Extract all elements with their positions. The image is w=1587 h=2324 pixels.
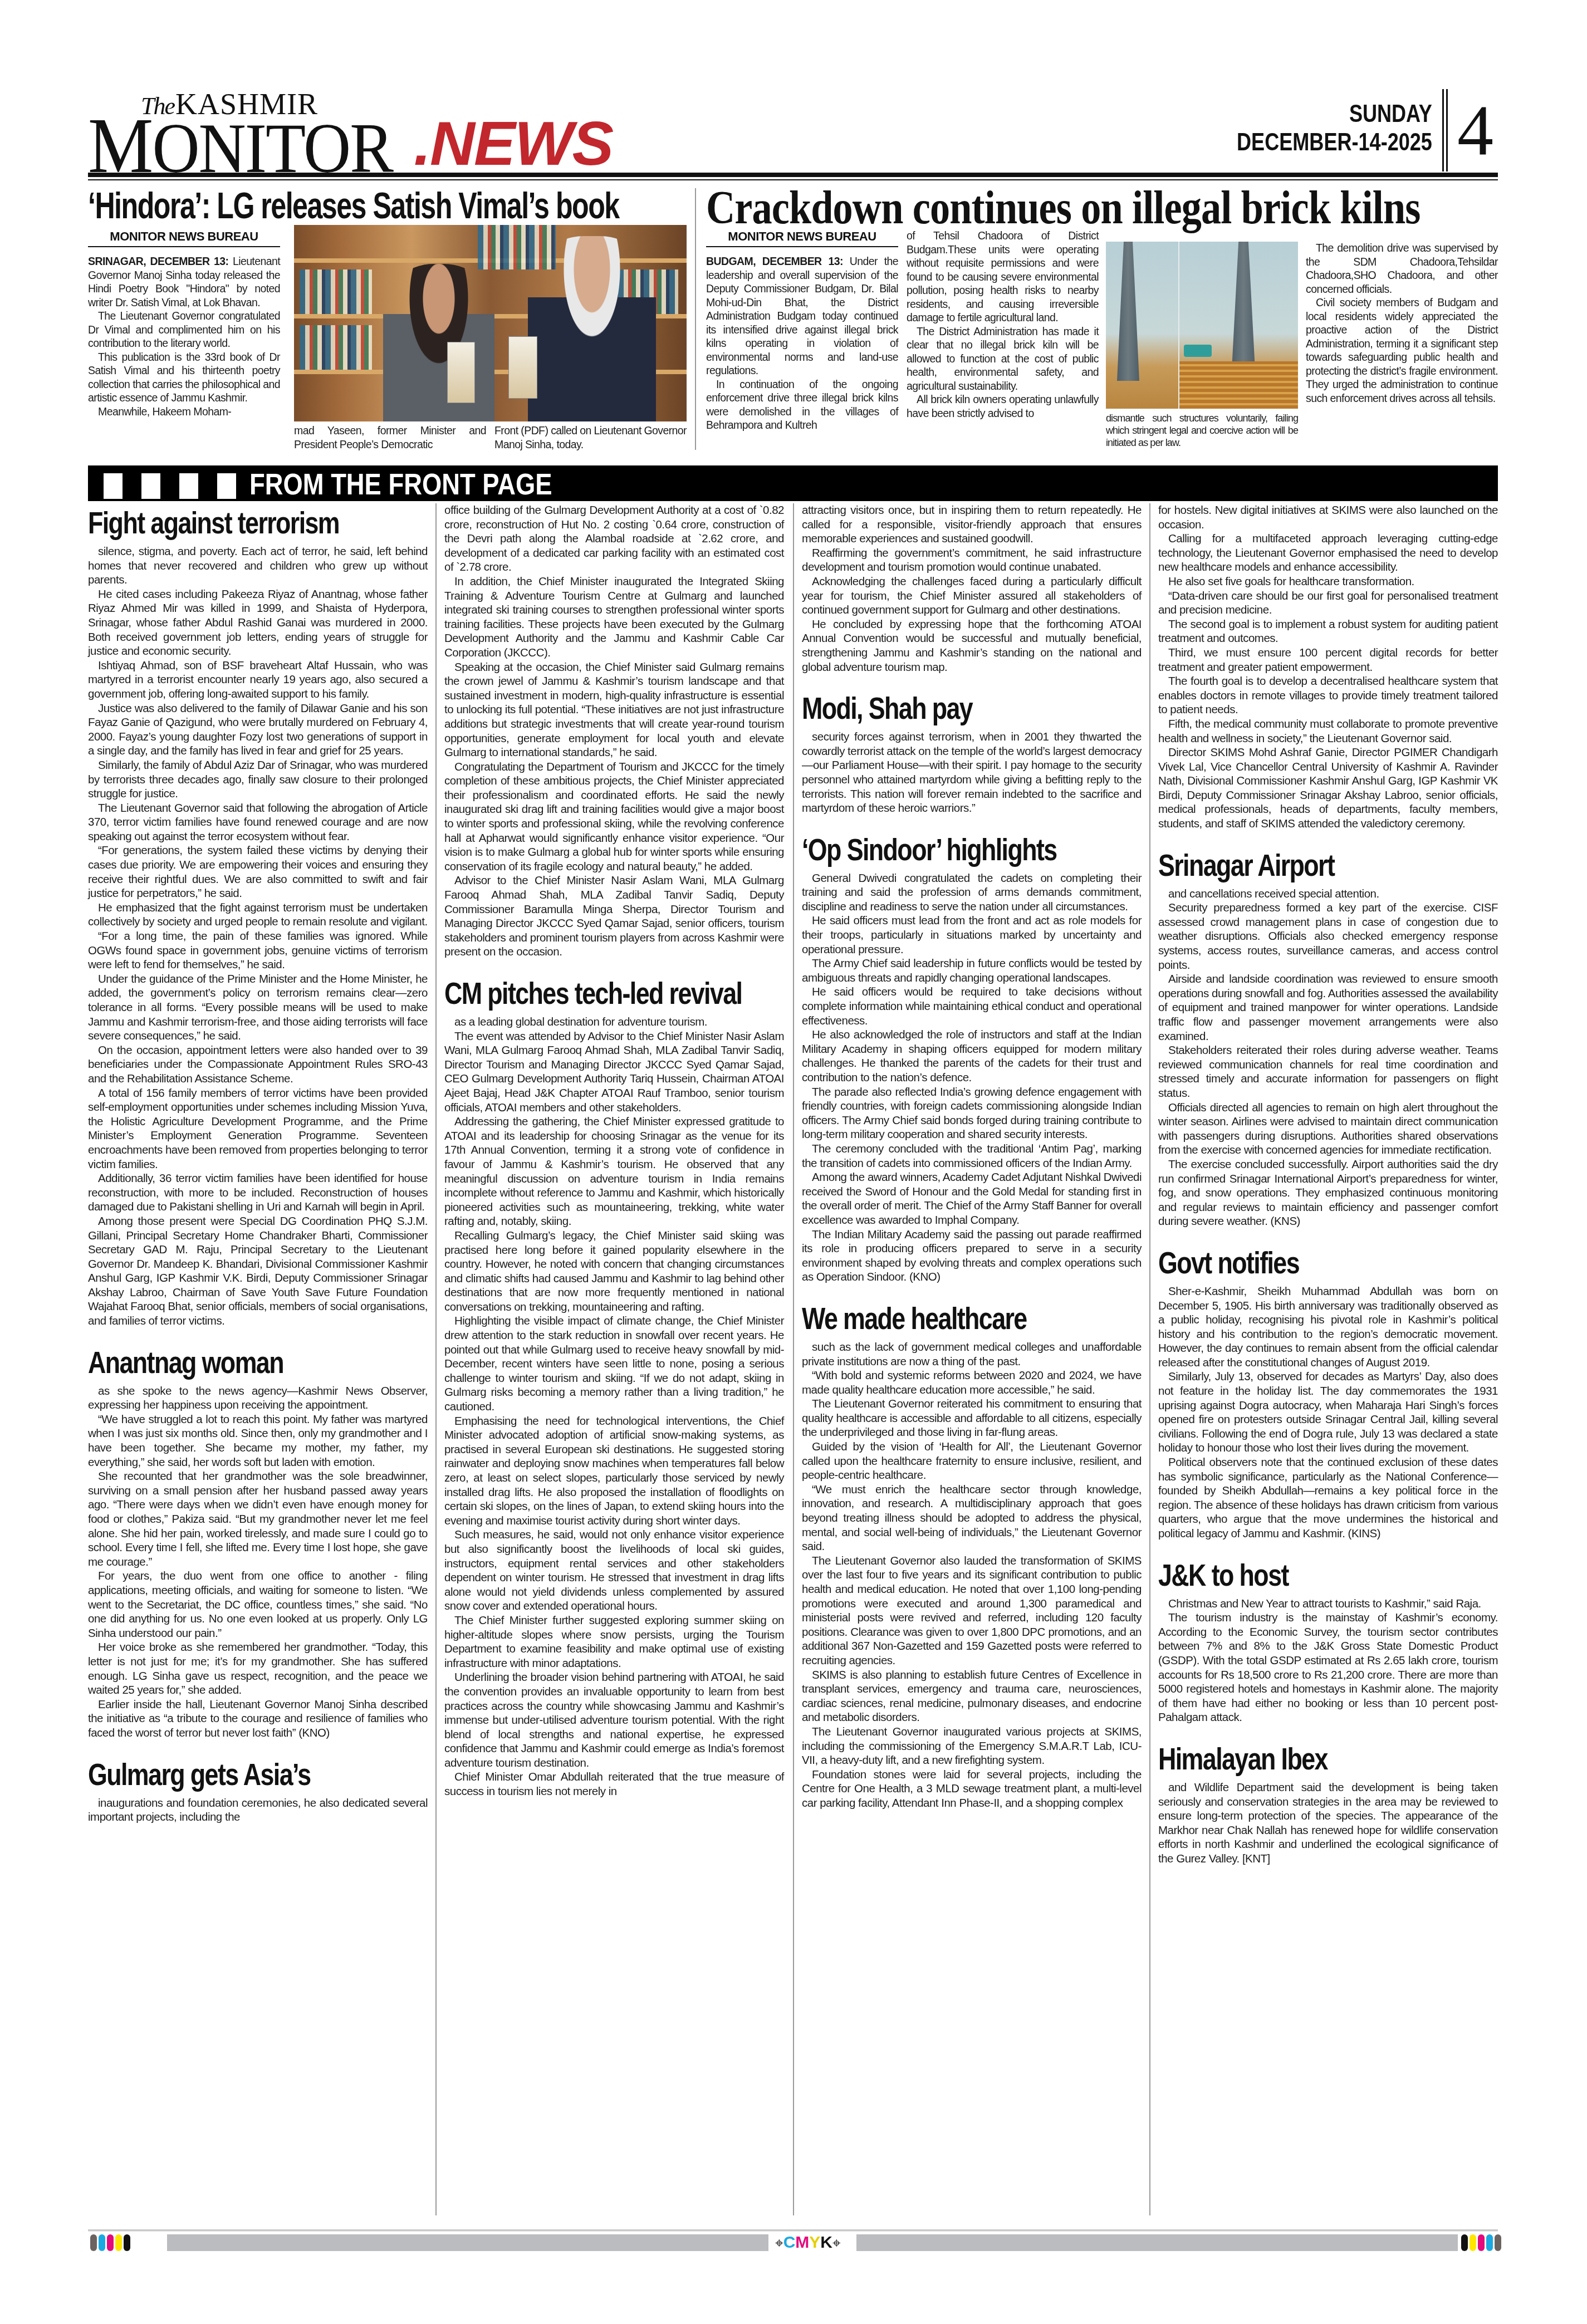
paragraph: Airside and landside coordination was re… [1158, 972, 1498, 1043]
paragraph: Fifth, the medical community must collab… [1158, 717, 1498, 746]
photo-chimney [1117, 242, 1139, 381]
paragraph: The demolition drive was supervised by t… [1306, 242, 1498, 296]
photo-books [300, 269, 372, 314]
column-1: Fight against terrorismsilence, stigma, … [88, 503, 428, 2215]
paragraph: SRINAGAR, DECEMBER 13: Lieutenant Govern… [88, 255, 280, 310]
paragraph: “We have struggled a lot to reach this p… [88, 1413, 428, 1469]
swatch-gray [90, 2234, 97, 2251]
article-hindora-col1: MONITOR NEWS BUREAU SRINAGAR, DECEMBER 1… [88, 229, 280, 419]
photo-person-right [528, 236, 656, 421]
paragraph: Among the award winners, Academy Cadet A… [802, 1170, 1142, 1227]
issue-full-date: DECEMBER-14-2025 [1237, 128, 1432, 157]
swatch-black [124, 2234, 130, 2251]
paragraph: attracting visitors once, but in inspiri… [802, 503, 1142, 546]
cmyk-m: M [795, 2233, 809, 2252]
paragraph: Officials directed all agencies to remai… [1158, 1101, 1498, 1158]
section-heading[interactable]: CM pitches tech-led revival [444, 974, 716, 1013]
section-heading[interactable]: J&K to host [1158, 1556, 1430, 1595]
section-heading[interactable]: Gulmarg gets Asia’s [88, 1755, 360, 1794]
registration-mark-icon: ⌖ [775, 2234, 783, 2251]
paragraph: Acknowledging the challenges faced durin… [802, 575, 1142, 617]
section-heading[interactable]: Anantnag woman [88, 1343, 360, 1382]
column-divider [1149, 503, 1150, 2215]
swatch-magenta [1478, 2234, 1485, 2251]
section-banner-from-front-page: FROM THE FRONT PAGE [88, 465, 1498, 501]
paragraph: inaugurations and foundation ceremonies,… [88, 1796, 428, 1825]
paragraph: “We must enrich the healthcare sector th… [802, 1483, 1142, 1554]
dateline: BUDGAM, DECEMBER 13: [706, 256, 843, 268]
paragraph: Civil society members of Budgam and loca… [1306, 296, 1498, 405]
swatch-cyan [1486, 2234, 1493, 2251]
paragraph: For years, the duo went from one office … [88, 1569, 428, 1640]
paragraph: The parade also reflected India’s growin… [802, 1085, 1142, 1142]
paragraph: Guided by the vision of ‘Health for All’… [802, 1440, 1142, 1483]
paragraph: General Dwivedi congratulated the cadets… [802, 871, 1142, 914]
paragraph: She recounted that her grandmother was t… [88, 1469, 428, 1569]
article-body: silence, stigma, and poverty. Each act o… [88, 545, 428, 1328]
paragraph: In addition, the Chief Minister inaugura… [444, 575, 784, 660]
article-body: mad Yaseen, former Minister and Presiden… [294, 424, 486, 452]
paragraph: The Chief Minister further suggested exp… [444, 1614, 784, 1670]
paragraph: He concluded by expressing hope that the… [802, 617, 1142, 674]
paragraph: In continuation of the ongoing enforceme… [706, 378, 898, 433]
paragraph: Among those present were Special DG Coor… [88, 1214, 428, 1328]
footer-bar-left [167, 2234, 768, 2251]
article-kilns-col4: The demolition drive was supervised by t… [1306, 242, 1498, 405]
paragraph: Congratulating the Department of Tourism… [444, 760, 784, 874]
paragraph: The Lieutenant Governor also lauded the … [802, 1554, 1142, 1668]
column-divider [695, 188, 696, 450]
section-heading[interactable]: Srinagar Airport [1158, 846, 1430, 885]
paragraph: Christmas and New Year to attract touris… [1158, 1597, 1498, 1611]
section-heading[interactable]: We made healthcare [802, 1299, 1074, 1338]
paragraph: On the occasion, appointment letters wer… [88, 1043, 428, 1086]
paragraph: He said officers would be required to ta… [802, 985, 1142, 1028]
section-title: FROM THE FRONT PAGE [249, 469, 552, 500]
masthead-rule-thin [88, 179, 1498, 180]
paragraph: Under the guidance of the Prime Minister… [88, 972, 428, 1043]
dateline: SRINAGAR, DECEMBER 13: [88, 256, 228, 268]
paragraph: as she spoke to the news agency—Kashmir … [88, 1384, 428, 1413]
article-brick-kilns: Crackdown continues on illegal brick kil… [706, 184, 1498, 457]
paragraph: This publication is the 33rd book of Dr … [88, 351, 280, 405]
headline-brick-kilns[interactable]: Crackdown continues on illegal brick kil… [706, 184, 1420, 233]
registration-mark-icon: ⌖ [832, 2234, 841, 2251]
article-body: Christmas and New Year to attract touris… [1158, 1597, 1498, 1725]
paragraph: He also set five goals for healthcare tr… [1158, 575, 1498, 589]
paragraph: BUDGAM, DECEMBER 13: Under the leadershi… [706, 255, 898, 378]
paragraph: Calling for a multifaceted approach leve… [1158, 532, 1498, 575]
front-page-continuations: Fight against terrorismsilence, stigma, … [88, 503, 1498, 2215]
logo-news: .NEWS [414, 112, 613, 175]
photo-chimney [1231, 242, 1256, 381]
footer-bar-right [856, 2234, 1458, 2251]
photo-person-left [383, 264, 494, 421]
article-kilns-col2: of Tehsil Chadoora of District Budgam.Th… [907, 229, 1099, 420]
paragraph: The exercise concluded successfully. Air… [1158, 1158, 1498, 1229]
paragraph: and Wildlife Department said the develop… [1158, 1781, 1498, 1866]
photo-book-release[interactable] [294, 225, 687, 421]
article-body: for hostels. New digital initiatives at … [1158, 503, 1498, 831]
paragraph: Meanwhile, Hakeem Moham- [88, 405, 280, 419]
swatch-black [1461, 2234, 1468, 2251]
column-3: attracting visitors once, but in inspiri… [802, 503, 1142, 2215]
paragraph: Emphasising the need for technological i… [444, 1414, 784, 1528]
paragraph: SKIMS is also planning to establish futu… [802, 1668, 1142, 1725]
masthead-rule [88, 173, 1498, 177]
paragraph: Front (PDF) called on Lieutenant Governo… [494, 424, 687, 452]
paragraph: such as the lack of government medical c… [802, 1340, 1142, 1369]
paragraph: Reaffirming the government’s commitment,… [802, 546, 1142, 575]
article-kilns-col3: dismantle such structures voluntarily, f… [1106, 412, 1298, 449]
photo-book-copy [508, 336, 537, 399]
article-body: and Wildlife Department said the develop… [1158, 1781, 1498, 1866]
paragraph: Ishtiyaq Ahmad, son of BSF braveheart Al… [88, 659, 428, 702]
paragraph: dismantle such structures voluntarily, f… [1106, 412, 1298, 449]
article-body: as a leading global destination for adve… [444, 1015, 784, 1799]
paragraph: Security preparedness formed a key part … [1158, 901, 1498, 972]
paragraph: The fourth goal is to develop a decentra… [1158, 674, 1498, 717]
paragraph: “Data-driven care should be our first go… [1158, 589, 1498, 617]
paragraph: The Indian Military Academy said the pas… [802, 1228, 1142, 1284]
paragraph: He cited cases including Pakeeza Riyaz o… [88, 587, 428, 659]
issue-date: SUNDAY DECEMBER-14-2025 [1237, 100, 1432, 157]
article-body: Front (PDF) called on Lieutenant Governo… [494, 424, 687, 452]
paragraph: Foundation stones were laid for several … [802, 1768, 1142, 1811]
footer-rule [88, 2229, 1498, 2232]
article-body: Sher-e-Kashmir, Sheikh Muhammad Abdullah… [1158, 1284, 1498, 1541]
masthead: TheKASHMIR MONITOR .NEWS SUNDAY DECEMBER… [88, 84, 1498, 187]
color-registration-dots-right [1461, 2234, 1501, 2251]
swatch-yellow [115, 2234, 122, 2251]
article-hindora: ‘Hindora’: LG releases Satish Vimal’s bo… [88, 184, 687, 457]
paragraph: Highlighting the visible impact of clima… [444, 1314, 784, 1414]
swatch-gray [1495, 2234, 1501, 2251]
paragraph: Additionally, 36 terror victim families … [88, 1171, 428, 1214]
paragraph: A total of 156 family members of terror … [88, 1086, 428, 1172]
paragraph: Chief Minister Omar Abdullah reiterated … [444, 1770, 784, 1798]
paragraph: The Lieutenant Governor reiterated his c… [802, 1397, 1142, 1440]
paragraph: of Tehsil Chadoora of District Budgam.Th… [907, 229, 1099, 325]
paragraph: Justice was also delivered to the family… [88, 702, 428, 758]
paragraph: Similarly, July 13, observed for decades… [1158, 1370, 1498, 1455]
color-registration-dots-left [90, 2234, 130, 2251]
photo-excavator [1184, 345, 1212, 357]
paragraph: The Lieutenant Governor inaugurated vari… [802, 1725, 1142, 1768]
paragraph: The Lieutenant Governor said that follow… [88, 801, 428, 844]
article-body: inaugurations and foundation ceremonies,… [88, 1796, 428, 1825]
paragraph: Director SKIMS Mohd Ashraf Ganie, Direct… [1158, 746, 1498, 831]
paragraph: Similarly, the family of Abdul Aziz Dar … [88, 758, 428, 801]
paragraph: “For generations, the system failed thes… [88, 844, 428, 900]
paragraph: Underlining the broader vision behind pa… [444, 1670, 784, 1770]
cmyk-k: K [820, 2233, 832, 2252]
paragraph: He also acknowledged the role of instruc… [802, 1028, 1142, 1085]
paragraph: The Army Chief said leadership in future… [802, 957, 1142, 985]
paragraph: Her voice broke as she remembered her gr… [88, 1640, 428, 1697]
section-heading[interactable]: ‘Op Sindoor’ highlights [802, 830, 1074, 869]
article-body: as she spoke to the news agency—Kashmir … [88, 1384, 428, 1740]
cmyk-c: C [783, 2233, 796, 2252]
paragraph: silence, stigma, and poverty. Each act o… [88, 545, 428, 587]
paragraph: Political observers note that the contin… [1158, 1455, 1498, 1541]
column-divider [793, 503, 794, 2215]
paragraph: The District Administration has made it … [907, 325, 1099, 394]
paragraph-text: Under the leadership and overall supervi… [706, 256, 898, 377]
paragraph: “For a long time, the pain of these fami… [88, 929, 428, 972]
byline: MONITOR NEWS BUREAU [88, 229, 280, 247]
paragraph: “With bold and systemic reforms between … [802, 1369, 1142, 1397]
paragraph: for hostels. New digital initiatives at … [1158, 503, 1498, 532]
paragraph: security forces against terrorism, when … [802, 730, 1142, 816]
paragraph: Advisor to the Chief Minister Nasir Asla… [444, 874, 784, 959]
swatch-cyan [99, 2234, 105, 2251]
banner-bars-icon [104, 473, 236, 499]
article-body: security forces against terrorism, when … [802, 730, 1142, 816]
top-stories: ‘Hindora’: LG releases Satish Vimal’s bo… [88, 184, 1498, 457]
paragraph: He emphasized that the fight against ter… [88, 901, 428, 929]
article-body: BUDGAM, DECEMBER 13: Under the leadershi… [706, 255, 898, 433]
paragraph: Recalling Gulmarg’s legacy, the Chief Mi… [444, 1229, 784, 1315]
section-heading[interactable]: Govt notifies [1158, 1243, 1430, 1282]
paragraph: All brick kiln owners operating unlawful… [907, 393, 1099, 420]
paragraph: The ceremony concluded with the traditio… [802, 1142, 1142, 1170]
article-body: SRINAGAR, DECEMBER 13: Lieutenant Govern… [88, 255, 280, 419]
article-body: such as the lack of government medical c… [802, 1340, 1142, 1811]
swatch-magenta [107, 2234, 114, 2251]
paragraph: Earlier inside the hall, Lieutenant Gove… [88, 1698, 428, 1740]
cmyk-label: ⌖CMYK⌖ [775, 2233, 841, 2253]
article-body: office building of the Gulmarg Developme… [444, 503, 784, 959]
article-body: and cancellations received special atten… [1158, 887, 1498, 1229]
article-body: attracting visitors once, but in inspiri… [802, 503, 1142, 674]
photo-book-copy [447, 342, 475, 403]
swatch-yellow [1470, 2234, 1476, 2251]
section-heading[interactable]: Himalayan Ibex [1158, 1739, 1430, 1778]
section-heading[interactable]: Fight against terrorism [88, 503, 360, 542]
article-kilns-col1: MONITOR NEWS BUREAU BUDGAM, DECEMBER 13:… [706, 229, 898, 433]
photo-books [300, 325, 372, 370]
newspaper-logo[interactable]: TheKASHMIR MONITOR .NEWS [88, 84, 701, 181]
paragraph: Addressing the gathering, the Chief Mini… [444, 1115, 784, 1229]
byline: MONITOR NEWS BUREAU [706, 229, 898, 247]
article-body: General Dwivedi congratulated the cadets… [802, 871, 1142, 1284]
paragraph: Such measures, he said, would not only e… [444, 1528, 784, 1614]
photo-bricks [1179, 361, 1298, 409]
cmyk-y: Y [809, 2233, 820, 2252]
section-heading[interactable]: Modi, Shah pay [802, 689, 1074, 728]
page-number: 4 [1457, 95, 1493, 167]
paragraph: as a leading global destination for adve… [444, 1015, 784, 1029]
paragraph: He said officers must lead from the fron… [802, 914, 1142, 957]
column-2: office building of the Gulmarg Developme… [444, 503, 784, 2215]
paragraph: The second goal is to implement a robust… [1158, 617, 1498, 646]
paragraph: Stakeholders reiterated their roles duri… [1158, 1043, 1498, 1100]
paragraph: The tourism industry is the mainstay of … [1158, 1611, 1498, 1725]
photo-brick-kiln-demolition[interactable] [1106, 242, 1298, 409]
paragraph: Speaking at the occasion, the Chief Mini… [444, 660, 784, 760]
paragraph: and cancellations received special atten… [1158, 887, 1498, 901]
issue-day: SUNDAY [1237, 100, 1432, 128]
column-divider [435, 503, 437, 2215]
paragraph: mad Yaseen, former Minister and Presiden… [294, 424, 486, 452]
page-number-divider [1442, 89, 1448, 171]
column-4: for hostels. New digital initiatives at … [1158, 503, 1498, 2215]
paragraph: office building of the Gulmarg Developme… [444, 503, 784, 575]
paragraph: Third, we must ensure 100 percent digita… [1158, 646, 1498, 674]
paragraph: The Lieutenant Governor congratulated Dr… [88, 310, 280, 351]
headline-hindora[interactable]: ‘Hindora’: LG releases Satish Vimal’s bo… [88, 186, 619, 225]
paragraph: The event was attended by Advisor to the… [444, 1029, 784, 1115]
paragraph: Sher-e-Kashmir, Sheikh Muhammad Abdullah… [1158, 1284, 1498, 1370]
